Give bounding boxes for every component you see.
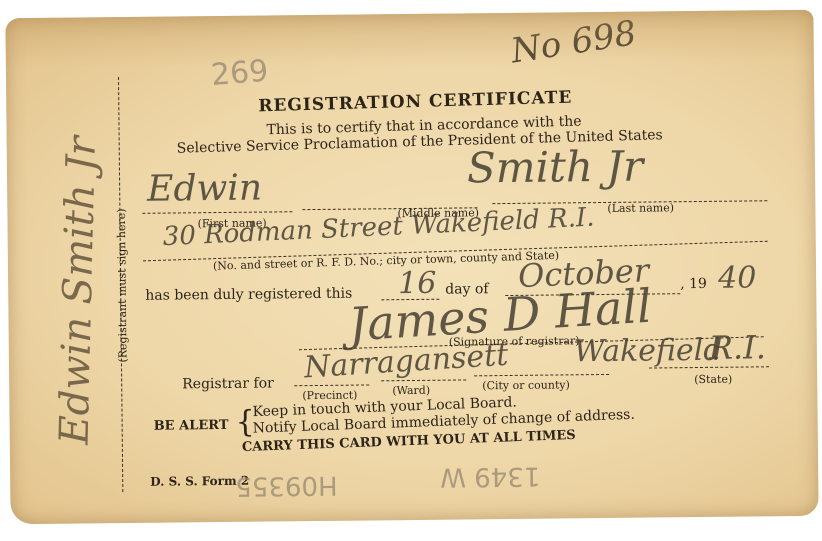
serial-number: No 698: [508, 13, 639, 71]
precinct-line: [294, 384, 369, 386]
registrant-signature: Edwin Smith Jr: [50, 80, 106, 501]
state-label: (State): [694, 373, 732, 386]
city-line: [474, 374, 609, 376]
pencil-number-bottom-1: H09355: [235, 470, 338, 501]
last-name-value: Smith Jr: [467, 142, 644, 193]
first-name-value: Edwin: [147, 168, 262, 210]
registered-prefix: has been duly registered this: [145, 286, 352, 304]
last-name-label: (Last name): [607, 201, 674, 215]
ward-line: [381, 379, 466, 381]
ward-label: (Ward): [392, 384, 430, 397]
registrant-sign-label: (Registrant must sign here): [114, 165, 130, 405]
year-prefix: , 19: [680, 276, 707, 292]
first-name-line: [142, 211, 292, 214]
year-value: 40: [718, 260, 757, 295]
state-line: [649, 366, 769, 368]
registrar-state-value: R.I.: [709, 328, 766, 367]
pencil-number-top: 269: [210, 54, 270, 93]
address-value: 30 Rodman Street Wakefield R.I.: [162, 203, 595, 253]
be-alert-label: BE ALERT: [154, 418, 229, 434]
city-county-label: (City or county): [482, 378, 570, 392]
registrar-for-label: Registrar for: [182, 375, 274, 392]
registration-card: 269 No 698 REGISTRATION CERTIFICATE This…: [5, 10, 818, 524]
certificate-title: REGISTRATION CERTIFICATE: [258, 88, 573, 117]
pencil-number-bottom-2: 1349 W: [440, 461, 540, 492]
registrar-city-value: Wakefield: [574, 333, 723, 370]
registrar-location-value: Narragansett: [303, 338, 509, 386]
